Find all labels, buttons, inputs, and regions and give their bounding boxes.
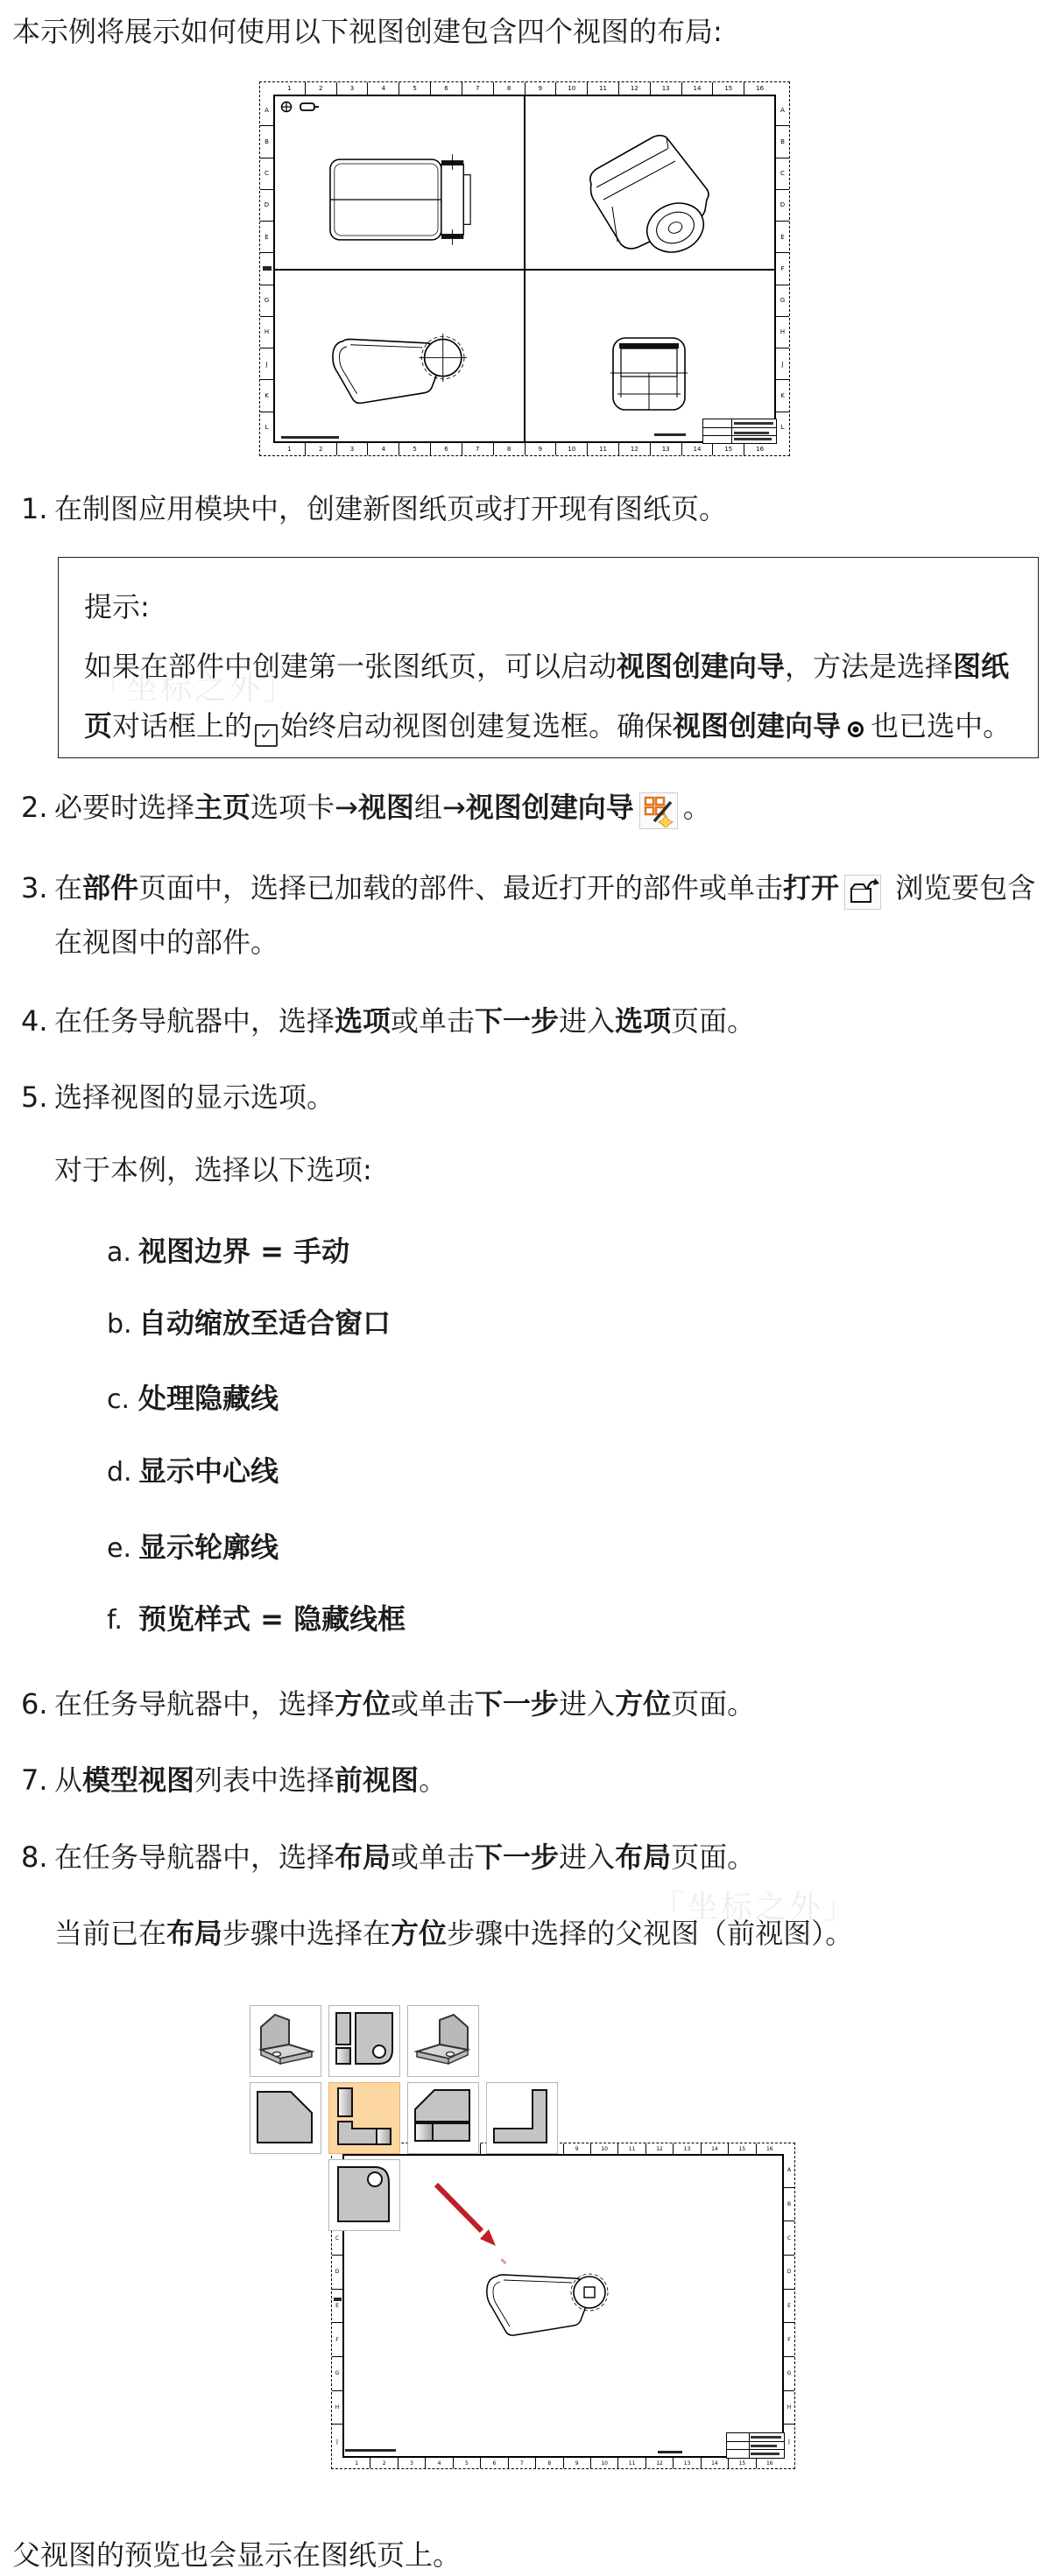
option-letter: a. [107,1234,138,1272]
zone-label: 15 [728,2458,755,2468]
zone-label: 4 [367,82,399,95]
tip-text-line: 如果在部件中创建第一张图纸页，可以启动视图创建向导，方法是选择图纸 [84,647,1009,686]
zone-label: E [776,221,789,252]
layout-thumb-l-shape-selected[interactable] [328,2082,400,2154]
radio-selected-icon[interactable] [848,721,864,737]
layout-top-left-views-icon [329,2006,399,2076]
zone-label: A [776,95,789,125]
zone-label: J [260,348,273,379]
bold-text: 处理隐藏线 [138,1382,279,1415]
text: 进入 [559,1004,615,1038]
zone-label: E [784,2289,794,2323]
zone-label: 5 [453,2458,480,2468]
zone-label: 13 [650,443,681,455]
zone-label: C [260,158,273,189]
bold-text: 打开 [783,871,839,904]
zone-label: D [776,189,789,221]
zone-label: C [784,2221,794,2255]
step-4: 4.在任务导航器中，选择选项或单击下一步进入选项页面。 [21,1002,755,1040]
bold-text: 选项 [335,1004,391,1038]
pentagon-with-bottom-strip-icon [408,2083,478,2153]
zone-label: 11 [587,443,618,455]
sheet-footnote-text [658,2451,682,2453]
text: 页面。 [671,1004,755,1038]
zone-label: L [260,412,273,443]
step-number: 5. [21,1078,54,1116]
option-c: c.处理隐藏线 [107,1379,279,1419]
top-view-drawing [328,154,474,245]
zone-label: G [776,285,789,316]
zone-label: 15 [712,443,744,455]
page: 「坐标之外」 「坐标之外」 本示例将展示如何使用以下视图创建包含四个视图的布局:… [0,0,1044,2576]
step-text: 选择视图的显示选项。 [54,1080,335,1114]
bold-text: 下一步 [475,1004,559,1038]
text: 或单击 [391,1004,475,1038]
zone-label: 13 [650,82,681,95]
zone-label: 11 [617,2458,645,2468]
step-text: 在任务导航器中，选择布局或单击下一步进入布局页面。 [54,1841,755,1874]
bold-text: 显示轮廓线 [138,1531,279,1564]
square-circle-top-right-icon [329,2160,399,2230]
zone-label: K [776,379,789,411]
zone-label: 9 [563,2143,590,2154]
pentagon-corner-cut-right-icon [250,2083,321,2153]
title-block-text-bar [751,2436,781,2439]
zone-label: 10 [555,82,587,95]
step-number: 7. [21,1761,54,1799]
step-number: 1. [21,489,54,528]
bold-text: 方位 [615,1687,671,1721]
text: 页面中，选择已加载的部件、最近打开的部件或单击 [138,871,783,904]
text: 从 [54,1763,82,1797]
zone-label: 6 [430,82,462,95]
title-block-divider [731,419,732,443]
text: 。 [419,1763,447,1797]
bold-text: 主页 [194,791,250,824]
zone-label: 11 [587,82,618,95]
sheet-footnote-text [281,436,339,439]
zone-label: 4 [367,443,399,455]
text: 列表中选择 [194,1763,335,1797]
text: 进入 [559,1687,615,1721]
option-letter: b. [107,1306,138,1344]
zone-label: H [776,316,789,348]
sheet-column-strip-bottom: 12345678910111213141516 [343,2457,783,2468]
zone-label: 8 [535,2458,562,2468]
bold-text: 下一步 [475,1687,559,1721]
zone-label: D [332,2255,342,2289]
zone-label: 15 [728,2143,755,2154]
text: 组→ [414,791,466,824]
center-mark [263,266,272,271]
bold-text: 自动缩放至适合窗口 [138,1306,391,1340]
bold-text: 部件 [82,871,138,904]
text: 选项卡→ [250,791,358,824]
option-d: d.显示中心线 [107,1452,279,1492]
sheet-row-strip-right: ABCDEFGHJ [783,2154,794,2458]
four-view-drawing-figure: 12345678910111213141516 1234567891011121… [259,81,790,456]
step-8-note: 当前已在布局步骤中选择在方位步骤中选择的父视图（前视图）。 [54,1914,853,1953]
text: 始终启动视图创建复选框。确保 [280,709,673,743]
iso-bracket-right-icon [408,2006,478,2076]
layout-thumb-reversed-l[interactable] [486,2082,558,2154]
zone-label: 3 [336,443,368,455]
zone-label: K [260,379,273,411]
zone-label: J [776,348,789,379]
zone-label: G [784,2356,794,2390]
view-divider-horizontal [273,269,776,271]
option-e: e.显示轮廓线 [107,1528,279,1568]
text: 。 [683,791,711,824]
zone-label: 6 [480,2458,507,2468]
zone-label: 7 [462,443,493,455]
zone-label: F [332,2322,342,2356]
reversed-l-shape-icon [487,2083,557,2153]
step-number: 6. [21,1685,54,1723]
zone-label: 7 [508,2458,535,2468]
zone-label: 1 [274,82,305,95]
bold-text: 预览样式 = 隐藏线框 [138,1602,406,1636]
bold-text: 页 [84,709,112,743]
open-icon[interactable] [844,875,881,910]
title-block-text-bar [734,438,772,440]
zone-label: 11 [617,2143,645,2154]
zone-label: 3 [398,2458,425,2468]
text: 在任务导航器中，选择 [54,1841,335,1874]
zone-label: 3 [336,82,368,95]
iso-bracket-left-icon [250,2006,321,2076]
option-text: 显示轮廓线 [138,1531,279,1564]
text: 在任务导航器中，选择 [54,1687,335,1721]
intro-paragraph: 本示例将展示如何使用以下视图创建包含四个视图的布局: [12,12,723,51]
zone-label: H [784,2390,794,2425]
zone-label: 12 [645,2458,673,2468]
option-text: 处理隐藏线 [138,1382,279,1415]
option-letter: f. [107,1601,138,1640]
red-arrow-icon [427,2177,524,2273]
zone-label: 13 [673,2458,700,2468]
sheet-footnote-text [654,433,686,436]
tip-box: 提示: 如果在部件中创建第一张图纸页，可以启动视图创建向导，方法是选择图纸 页对… [58,557,1039,758]
footer-paragraph: 父视图的预览也会显示在图纸页上。 [12,2536,461,2574]
zone-label: 12 [645,2143,673,2154]
zone-label: 8 [493,82,525,95]
step-2: 2.必要时选择主页选项卡→视图组→视图创建向导 。 [21,788,711,829]
zone-label: F [776,252,789,284]
tip-text-line: 页对话框上的✓始终启动视图创建复选框。确保视图创建向导也已选中。 [84,707,1011,747]
text: 在 [54,871,82,904]
view-creation-wizard-icon[interactable] [639,792,678,829]
bold-text: 布局 [615,1841,671,1874]
title-block-text-bar [751,2453,779,2455]
option-letter: d. [107,1453,138,1492]
zone-label: 9 [563,2458,590,2468]
zone-label: 1 [343,2458,370,2468]
step-number: 2. [21,788,54,827]
text: 对话框上的 [112,709,252,743]
bold-text: 显示中心线 [138,1454,279,1488]
text: 步骤中选择的父视图（前视图）。 [447,1917,853,1950]
tip-label: 提示: [84,588,150,626]
text: 必要时选择 [54,791,194,824]
layout-thumb-iso-bracket-left[interactable] [250,2005,321,2077]
zone-label: C [776,158,789,189]
option-b: b.自动缩放至适合窗口 [107,1304,391,1344]
layout-thumb-iso-bracket-right[interactable] [407,2005,479,2077]
step-text: 在任务导航器中，选择选项或单击下一步进入选项页面。 [54,1004,755,1038]
zone-label: B [784,2187,794,2221]
title-block [726,2432,785,2459]
layout-thumb-top-left-views[interactable] [328,2005,400,2077]
zone-label: A [784,2154,794,2187]
bold-text: 视图创建向导 [673,709,841,743]
text: 当前已在 [54,1917,166,1950]
bold-text: 前视图 [335,1763,419,1797]
zone-label: 2 [305,443,336,455]
layout-selection-figure: 12345678910111213141516 1234567891011121… [236,1970,816,2495]
zone-label: D [784,2255,794,2289]
zone-label: 10 [555,443,587,455]
zone-label: 15 [712,82,744,95]
text: ，方法是选择 [785,650,953,683]
sheet-column-strip-bottom: 12345678910111213141516 [274,442,775,455]
center-mark [334,2298,342,2301]
text: 步骤中选择在 [222,1917,391,1950]
zone-label: 14 [701,2458,728,2468]
step-6: 6.在任务导航器中，选择方位或单击下一步进入方位页面。 [21,1685,755,1723]
title-block-text-bar [734,422,773,425]
title-block-line [727,2441,784,2442]
zone-label: 8 [493,443,525,455]
text: 在任务导航器中，选择 [54,1004,335,1038]
zone-label: 12 [618,443,650,455]
parent-view-preview [483,2268,614,2347]
text: 也已选中。 [871,709,1011,743]
bold-text: 模型视图 [82,1763,194,1797]
zone-label: D [260,189,273,221]
zone-label: 14 [681,82,713,95]
bold-text: 视图 [358,791,414,824]
step-number: 3. [21,861,54,915]
step-3: 3.在部件页面中，选择已加载的部件、最近打开的部件或单击打开 浏览要包含在视图中… [21,861,1044,969]
sheet-row-strip-right: ABCDEFGHJKL [775,95,789,443]
zone-label: E [332,2289,342,2323]
zone-label: 16 [756,2143,783,2154]
step-text: 在部件页面中，选择已加载的部件、最近打开的部件或单击打开 浏览要包含在视图中的部… [54,871,1035,959]
zone-label: 2 [370,2458,397,2468]
zone-label: B [776,125,789,157]
option-text: 显示中心线 [138,1454,279,1488]
text: 页面。 [671,1841,755,1874]
zone-label: 14 [681,443,713,455]
step-number: 4. [21,1002,54,1040]
zone-label: 2 [305,82,336,95]
step-7: 7.从模型视图列表中选择前视图。 [21,1761,447,1799]
side-view-drawing [323,332,472,415]
zone-label: 5 [399,82,430,95]
step-8: 8.在任务导航器中，选择布局或单击下一步进入布局页面。 [21,1838,755,1876]
text: 如果在部件中创建第一张图纸页，可以启动 [84,650,617,683]
checkbox-icon[interactable]: ✓ [255,724,278,747]
title-block-line [703,427,776,428]
sheet-symbols [279,100,321,114]
zone-label: G [260,285,273,316]
bold-text: 布局 [335,1841,391,1874]
zone-label: 10 [590,2143,617,2154]
option-text: 自动缩放至适合窗口 [138,1306,391,1340]
zone-label: 5 [399,443,430,455]
zone-label: 4 [425,2458,452,2468]
option-text: 视图边界 = 手动 [138,1235,349,1268]
bold-text: 视图边界 = 手动 [138,1235,349,1268]
zone-label: 10 [590,2458,617,2468]
zone-label: F [784,2322,794,2356]
zone-label: 7 [462,82,493,95]
preview-drawing-sheet: 12345678910111213141516 1234567891011121… [331,2143,795,2469]
zone-label: H [260,316,273,348]
title-block [702,419,777,444]
zone-label: E [260,221,273,252]
zone-label: J [332,2424,342,2458]
layout-l-shape-icon [329,2083,399,2153]
zone-label: 9 [525,82,556,95]
option-letter: c. [107,1381,138,1419]
sheet-column-strip-top: 12345678910111213141516 [274,82,775,95]
step-number: 8. [21,1838,54,1876]
option-a: a.视图边界 = 手动 [107,1232,349,1272]
step-text: 在任务导航器中，选择方位或单击下一步进入方位页面。 [54,1687,755,1721]
step-text: 从模型视图列表中选择前视图。 [54,1763,447,1797]
text: 选择视图的显示选项。 [54,1080,335,1114]
step-5: 5.选择视图的显示选项。 [21,1078,335,1116]
zone-label: L [776,412,789,443]
option-letter: e. [107,1530,138,1568]
options-intro: 对于本例，选择以下选项: [54,1151,372,1189]
zone-label: 13 [673,2143,700,2154]
zone-label: 9 [525,443,556,455]
zone-label: 1 [274,443,305,455]
zone-label: J [784,2424,794,2458]
text: 或单击 [391,1841,475,1874]
bold-text: 方位 [391,1917,447,1950]
text: 页面。 [671,1687,755,1721]
bold-text: 布局 [166,1917,222,1950]
title-block-text-bar [734,432,769,434]
zone-label: 6 [430,443,462,455]
text: 进入 [559,1841,615,1874]
sheet-footnote-text [345,2449,396,2452]
bold-text: 图纸 [953,650,1009,683]
title-block-text-bar [751,2445,777,2447]
zone-label: A [260,95,273,125]
zone-label: 14 [701,2143,728,2154]
layout-thumb-pentagon-right-cut[interactable] [250,2082,321,2154]
zone-label: H [332,2390,342,2425]
zone-label: 12 [618,82,650,95]
zone-label: B [260,125,273,157]
drawing-sheet: 12345678910111213141516 1234567891011121… [259,81,790,456]
title-block-divider [749,2433,750,2458]
option-text: 预览样式 = 隐藏线框 [138,1602,406,1636]
bold-text: 方位 [335,1687,391,1721]
option-f: f.预览样式 = 隐藏线框 [107,1600,406,1640]
step-text: 在制图应用模块中，创建新图纸页或打开现有图纸页。 [54,492,727,525]
zone-label: 16 [744,443,775,455]
bold-text: 选项 [615,1004,671,1038]
zone-label: 16 [756,2458,783,2468]
isometric-view-drawing [577,130,717,261]
layout-thumb-pentagon-with-strip[interactable] [407,2082,479,2154]
bold-text: 视图创建向导 [466,791,634,824]
title-block-line [727,2449,784,2450]
zone-label: G [332,2356,342,2390]
bold-text: 下一步 [475,1841,559,1874]
text: 在制图应用模块中，创建新图纸页或打开现有图纸页。 [54,492,727,525]
step-text: 必要时选择主页选项卡→视图组→视图创建向导 。 [54,791,711,824]
front-view-drawing [610,336,688,412]
layout-thumb-square-circle[interactable] [328,2159,400,2231]
step-1: 1.在制图应用模块中，创建新图纸页或打开现有图纸页。 [21,489,727,528]
text: 或单击 [391,1687,475,1721]
title-block-line [703,435,776,436]
bold-text: 视图创建向导 [617,650,785,683]
zone-label: 16 [744,82,775,95]
